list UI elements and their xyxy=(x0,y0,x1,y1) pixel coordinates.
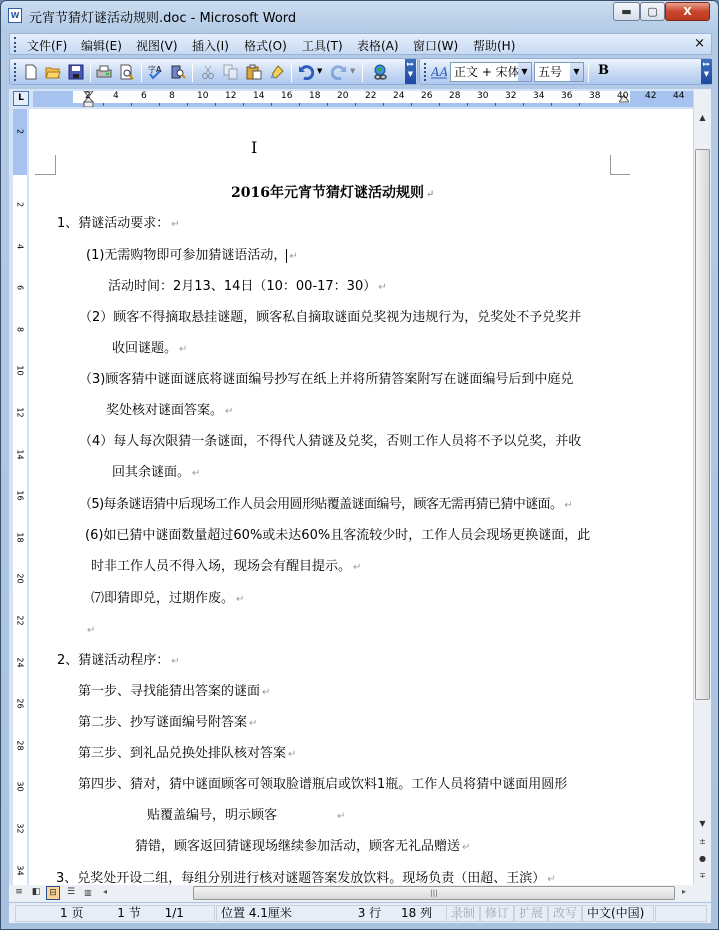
status-track-changes[interactable]: 修订 xyxy=(480,905,514,922)
rule-7: ⑺即猜即兑，过期作废。↵ xyxy=(91,591,244,608)
status-record-macro[interactable]: 录制 xyxy=(446,905,480,922)
ruler-number: 16 xyxy=(281,91,292,101)
ruler-number: 12 xyxy=(16,406,25,420)
reading-layout-view-icon[interactable]: ▥ xyxy=(81,886,95,900)
ruler-number: 6 xyxy=(16,281,25,295)
ruler-number: 10 xyxy=(197,91,208,101)
toolbar-separator xyxy=(90,63,91,82)
undo-icon[interactable] xyxy=(298,64,314,80)
status-position-line-col: 位置 4.1厘米 3 行 18 列 xyxy=(216,905,457,922)
open-folder-icon[interactable] xyxy=(45,64,61,80)
outline-view-icon[interactable]: ☰ xyxy=(64,886,78,900)
horizontal-ruler-bar: L 24681012141618202224262830323436384042… xyxy=(9,89,693,109)
new-document-icon[interactable] xyxy=(23,64,39,80)
rule-3-line2: 奖处核对谜面答案。↵ xyxy=(106,403,233,420)
status-empty-cell xyxy=(655,905,707,922)
document-page[interactable]: 2016年元宵节猜灯谜活动规则↵ 1、猜谜活动要求：↵ (1)无需购物即可参加猜… xyxy=(29,109,693,885)
ruler-tick xyxy=(523,103,524,106)
ruler-number: 34 xyxy=(533,91,544,101)
menu-bar: 文件(F) 编辑(E) 视图(V) 插入(I) 格式(O) 工具(T) 表格(A… xyxy=(9,33,712,55)
scroll-left-icon[interactable]: ◂ xyxy=(103,887,107,896)
ruler-number: 4 xyxy=(113,91,119,101)
scroll-up-icon[interactable]: ▲ xyxy=(694,109,711,126)
redo-icon[interactable] xyxy=(331,64,347,80)
status-section: 1 节 xyxy=(117,906,140,920)
ruler-number: 16 xyxy=(16,489,25,503)
ruler-number: 14 xyxy=(16,447,25,461)
status-extend[interactable]: 扩展 xyxy=(514,905,548,922)
format-painter-icon[interactable] xyxy=(269,64,285,80)
vertical-scroll-thumb[interactable] xyxy=(695,149,710,700)
menu-tools[interactable]: 工具(T) xyxy=(302,37,343,54)
ruler-number: 12 xyxy=(225,91,236,101)
hyperlink-icon[interactable] xyxy=(372,64,388,80)
vertical-ruler[interactable]: 2246810121416182022242628303234 xyxy=(9,109,29,885)
menubar-grip[interactable] xyxy=(14,37,17,52)
menu-window[interactable]: 窗口(W) xyxy=(413,37,458,54)
ruler-number: 28 xyxy=(449,91,460,101)
status-page: 1 页 xyxy=(60,906,83,920)
section-3: 3、兑奖处开设二组，每组分别进行核对谜题答案发放饮料。现场负责（田超、王滨）↵ xyxy=(56,871,556,885)
svg-text:AA: AA xyxy=(431,65,447,79)
styles-formatting-icon[interactable]: AA xyxy=(431,64,447,80)
ruler-number: 26 xyxy=(421,91,432,101)
ruler-tick xyxy=(579,103,580,106)
chevron-down-icon[interactable]: ▼ xyxy=(570,63,583,81)
spelling-grammar-icon[interactable]: 字A xyxy=(147,64,163,80)
ruler-number: 42 xyxy=(645,91,656,101)
ruler-number: 30 xyxy=(16,780,25,794)
status-bar: 1 页 1 节 1/1 位置 4.1厘米 3 行 18 列 录制 修订 扩展 改… xyxy=(9,903,711,923)
ruler-number: 18 xyxy=(309,91,320,101)
status-position: 位置 4.1厘米 xyxy=(221,906,292,920)
section-1-heading: 1、猜谜活动要求：↵ xyxy=(57,216,180,233)
close-button[interactable]: X xyxy=(665,2,710,21)
ruler-number: 32 xyxy=(505,91,516,101)
normal-view-icon[interactable]: ≡ xyxy=(12,886,26,900)
ruler-number: 22 xyxy=(365,91,376,101)
ruler-number: 24 xyxy=(16,655,25,669)
paste-icon[interactable] xyxy=(246,64,262,80)
menu-edit[interactable]: 编辑(E) xyxy=(81,37,122,54)
menu-format[interactable]: 格式(O) xyxy=(244,37,287,54)
style-value: 正文 + 宋体 xyxy=(454,65,520,79)
bold-button[interactable]: B xyxy=(598,63,609,78)
document-close-icon[interactable]: × xyxy=(694,36,705,51)
ruler-tick xyxy=(355,103,356,106)
ruler-number: 36 xyxy=(561,91,572,101)
chevron-down-icon[interactable]: ▼ xyxy=(518,63,531,81)
ruler-tick xyxy=(411,103,412,106)
toolbar-grip[interactable] xyxy=(424,63,427,81)
print-icon[interactable] xyxy=(96,64,112,80)
vertical-scrollbar[interactable]: ▲ ▼ ± ● ∓ xyxy=(693,89,711,885)
horizontal-scroll-thumb[interactable]: ||| xyxy=(193,886,675,900)
ruler-number: 8 xyxy=(169,91,175,101)
ruler-tick xyxy=(495,103,496,106)
ruler-tick xyxy=(271,103,272,106)
rule-6-line2: 时非工作人员不得入场，现场会有醒目提示。↵ xyxy=(91,559,361,576)
ruler-text-area xyxy=(73,91,630,103)
section-2-heading: 2、猜谜活动程序：↵ xyxy=(57,653,180,670)
menu-file[interactable]: 文件(F) xyxy=(27,37,67,54)
status-page-section: 1 页 1 节 1/1 xyxy=(15,905,215,922)
step-4-line2: 贴覆盖编号，明示顾客↵ xyxy=(147,808,345,825)
menu-help[interactable]: 帮助(H) xyxy=(473,37,515,54)
toolbar-options-icon[interactable]: ▸▸▼ xyxy=(405,59,416,84)
step-2: 第二步、抄写谜面编号附答案↵ xyxy=(78,715,257,732)
window-title: 元宵节猜灯谜活动规则.doc - Microsoft Word xyxy=(29,7,296,26)
horizontal-ruler[interactable]: 2468101214161820222426283032343638404244 xyxy=(33,91,693,107)
menu-view[interactable]: 视图(V) xyxy=(136,37,178,54)
web-layout-view-icon[interactable]: ◧ xyxy=(29,886,43,900)
toolbar-options-icon[interactable]: ▸▸▼ xyxy=(701,59,712,84)
ruler-number: 2 xyxy=(16,125,25,139)
ruler-number: 34 xyxy=(16,863,25,877)
ruler-tick xyxy=(159,103,160,106)
ruler-tick xyxy=(383,103,384,106)
ruler-number: 8 xyxy=(16,322,25,336)
vertical-ruler-margin xyxy=(13,109,27,175)
menu-insert[interactable]: 插入(I) xyxy=(192,37,229,54)
ruler-number: 28 xyxy=(16,738,25,752)
ruler-number: 18 xyxy=(16,530,25,544)
tab-selector-icon[interactable]: L xyxy=(13,91,29,106)
scroll-right-icon[interactable]: ▸ xyxy=(682,887,686,896)
toolbar-separator xyxy=(588,63,589,82)
rule-1: (1)无需购物即可参加猜谜语活动，↵ xyxy=(86,248,298,265)
ibeam-cursor-icon: I xyxy=(251,138,257,157)
font-size-combo[interactable]: 五号 ▼ xyxy=(534,62,584,82)
print-preview-icon[interactable] xyxy=(119,64,135,80)
ruler-number: 30 xyxy=(477,91,488,101)
ruler-number: 6 xyxy=(141,91,147,101)
cut-icon[interactable] xyxy=(200,64,216,80)
redo-dropdown-icon[interactable]: ▼ xyxy=(350,67,355,75)
crop-mark xyxy=(610,174,630,175)
ruler-tick xyxy=(467,103,468,106)
ruler-number: 10 xyxy=(16,364,25,378)
rule-2-line1: （2）顾客不得摘取悬挂谜题，顾客私自摘取谜面兑奖视为违规行为，兑奖处不予兑奖并 xyxy=(79,310,581,326)
ruler-tick xyxy=(327,103,328,106)
rule-1-time: 活动时间：2月13、14日（10：00-17：30）↵ xyxy=(108,279,387,296)
ruler-number: 32 xyxy=(16,822,25,836)
copy-icon[interactable] xyxy=(223,64,239,80)
step-4-line3: 猜错，顾客返回猜谜现场继续参加活动，顾客无礼品赠送↵ xyxy=(135,839,470,856)
status-page-of: 1/1 xyxy=(165,906,184,920)
style-combo[interactable]: 正文 + 宋体 ▼ xyxy=(450,62,532,82)
ruler-tick xyxy=(243,103,244,106)
crop-mark xyxy=(610,155,611,175)
document-title: 2016年元宵节猜灯谜活动规则↵ xyxy=(231,185,434,203)
toolbar-separator xyxy=(141,63,142,82)
ruler-number: 24 xyxy=(393,91,404,101)
title-bar: W 元宵节猜灯谜活动规则.doc - Microsoft Word ▬ ▢ X xyxy=(1,1,718,31)
undo-dropdown-icon[interactable]: ▼ xyxy=(317,67,322,75)
ruler-tick xyxy=(131,103,132,106)
text-cursor xyxy=(286,249,287,263)
scroll-down-icon[interactable]: ▼ xyxy=(694,815,711,832)
menu-table[interactable]: 表格(A) xyxy=(357,37,399,54)
ruler-number: 4 xyxy=(16,239,25,253)
status-line: 3 行 xyxy=(358,906,381,920)
ruler-number: 44 xyxy=(673,91,684,101)
maximize-button[interactable]: ▢ xyxy=(640,2,665,21)
rule-3-line1: （3)顾客猜中谜面谜底将谜面编号抄写在纸上并将所猜答案附写在谜面编号后到中庭兑 xyxy=(79,372,573,388)
step-4-line1: 第四步、猜对，猜中谜面顾客可领取脸谱瓶启或饮料1瓶。工作人员将猜中谜面用圆形 xyxy=(78,777,567,793)
toolbar-separator xyxy=(362,63,363,82)
step-1: 第一步、寻找能猜出答案的谜面↵ xyxy=(78,684,270,701)
status-column: 18 列 xyxy=(401,906,432,920)
ruler-number: 40 xyxy=(617,91,628,101)
ruler-number: 20 xyxy=(16,572,25,586)
rule-4-line1: （4）每人每次限猜一条谜面，不得代人猜谜及兑奖，否则工作人员将不予以兑奖，并收 xyxy=(79,434,581,450)
previous-page-icon[interactable]: ± xyxy=(694,833,711,850)
rule-4-line2: 回其余谜面。↵ xyxy=(112,465,200,482)
rule-5: （5)每条谜语猜中后现场工作人员会用圆形贴覆盖谜面编号，顾客无需再猜已猜中谜面。… xyxy=(79,497,572,514)
rule-2-line2: 收回谜题。↵ xyxy=(112,341,187,358)
select-browse-object-icon[interactable]: ● xyxy=(694,850,711,867)
minimize-button[interactable]: ▬ xyxy=(613,2,640,21)
step-3: 第三步、到礼品兑换处排队核对答案↵ xyxy=(78,746,296,763)
formatting-toolbar: AA 正文 + 宋体 ▼ 五号 ▼ B ▸▸▼ xyxy=(419,58,712,85)
word-doc-icon: W xyxy=(8,8,22,23)
word-window: W 元宵节猜灯谜活动规则.doc - Microsoft Word ▬ ▢ X … xyxy=(0,0,719,930)
ruler-tick xyxy=(103,103,104,106)
ruler-number: 2 xyxy=(85,91,91,101)
ruler-tick xyxy=(439,103,440,106)
ruler-number: 20 xyxy=(337,91,348,101)
print-layout-view-icon[interactable]: ⊟ xyxy=(46,886,60,900)
save-icon[interactable] xyxy=(68,64,84,80)
status-overtype[interactable]: 改写 xyxy=(548,905,582,922)
font-size-value: 五号 xyxy=(538,65,562,79)
toolbar-grip[interactable] xyxy=(14,63,17,81)
ruler-number: 26 xyxy=(16,697,25,711)
status-language[interactable]: 中文(中国) xyxy=(582,905,654,922)
ruler-tick xyxy=(551,103,552,106)
crop-mark xyxy=(35,174,55,175)
toolbar-separator xyxy=(192,63,193,82)
toolbar-separator xyxy=(291,63,292,82)
ruler-number: 38 xyxy=(589,91,600,101)
next-page-icon[interactable]: ∓ xyxy=(694,867,711,884)
ruler-number: 14 xyxy=(253,91,264,101)
view-and-hscroll-bar: ≡ ◧ ⊟ ☰ ▥ ◂ ||| ▸ xyxy=(9,885,711,902)
rule-6-line1: (6)如已猜中谜面数量超过60%或未达60%且客流较少时，工作人员会现场更换谜面… xyxy=(85,528,590,544)
standard-toolbar: 字A ▼ ▼ ▸▸▼ xyxy=(9,58,418,85)
research-icon[interactable] xyxy=(170,64,186,80)
empty-paragraph: ↵ xyxy=(85,622,95,639)
crop-mark xyxy=(55,155,56,175)
ruler-number: 2 xyxy=(16,198,25,212)
ruler-tick xyxy=(299,103,300,106)
ruler-tick xyxy=(187,103,188,106)
ruler-number: 22 xyxy=(16,614,25,628)
ruler-tick xyxy=(215,103,216,106)
